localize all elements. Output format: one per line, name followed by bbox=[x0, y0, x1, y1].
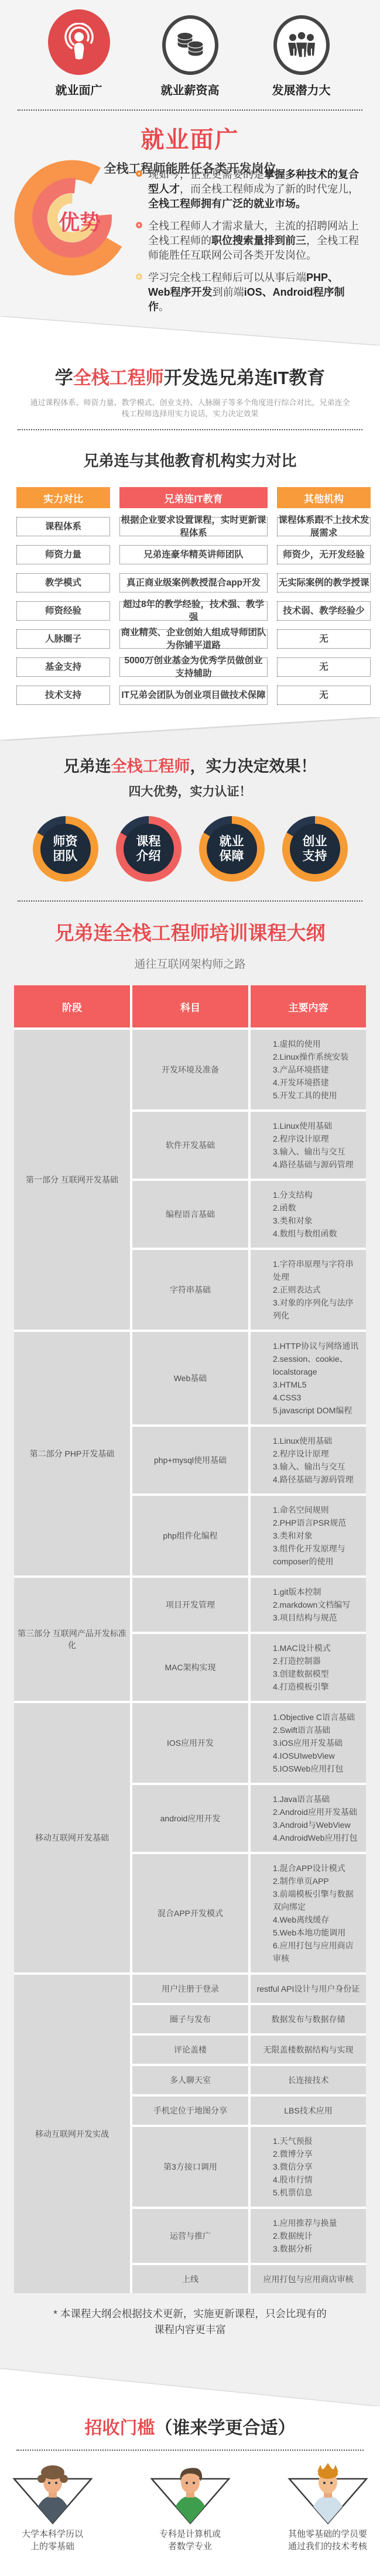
outline-content-item: 3.Android与WebView bbox=[273, 1818, 361, 1831]
outline-content-item: 3.输入、输出与交互 bbox=[273, 1460, 361, 1473]
outline-stage-block: 第二部分 PHP开发基础Web基础1.HTTP协议与网络通讯2.session、… bbox=[14, 1332, 366, 1575]
compare-cell: 课程体系跟不上技术发展需求 bbox=[277, 517, 371, 536]
outline-row: 软件开发基础1.Linux使用基础2.程序设计原理3.输入、输出与交互4.路径基… bbox=[132, 1112, 366, 1179]
advantage-bullet: 现如今，企业更需要的是掌握多种技术的复合型人才，而全栈工程师成为了新的时代宠儿，… bbox=[136, 167, 360, 211]
strength-circle: 就业保障 bbox=[199, 816, 265, 882]
bullet-ring-icon bbox=[136, 273, 142, 280]
outline-row: MAC架构实现1.MAC设计模式2.打造控制器3.创建数据模型4.打造模板引擎 bbox=[132, 1634, 366, 1701]
outline-content-item: 2.markdown文档编写 bbox=[273, 1598, 361, 1611]
compare-cell: 基金支持 bbox=[16, 657, 110, 677]
outline-row: 项目开发管理1.git版本控制2.markdown文档编写3.项目结构与规范 bbox=[132, 1578, 366, 1632]
outline-row: 混合APP开发模式1.混合APP设计模式2.制作单页APP3.前端模板引擎与数据… bbox=[132, 1854, 366, 1972]
outline-content-cell: 1.Linux使用基础2.程序设计原理3.输入、输出与交互4.路径基础与源码管理 bbox=[251, 1112, 366, 1179]
outline-content-item: 4.CSS3 bbox=[273, 1391, 361, 1404]
outline-content-cell: 长连接技术 bbox=[251, 2066, 366, 2094]
outline-row: IOS应用开发1.Objective C语言基础2.Swift语言基础3.iOS… bbox=[132, 1703, 366, 1783]
outline-stage-block: 第三部分 互联网产品开发标准化项目开发管理1.git版本控制2.markdown… bbox=[14, 1578, 366, 1701]
outline-content-item: 2.程序设计原理 bbox=[273, 1132, 361, 1145]
employment-title: 就业面广 bbox=[0, 121, 380, 155]
outline-row: 开发环境及准备1.虚拟的使用2.Linux操作系统安装3.产品环境搭建4.开发环… bbox=[132, 1030, 366, 1109]
advantage-bullet: 学习完全栈工程师后可以从事后端PHP、Web程序开发到前端iOS、Android… bbox=[136, 270, 360, 314]
outline-content-cell: 1.Objective C语言基础2.Swift语言基础3.iOS应用开发基础4… bbox=[251, 1703, 366, 1783]
outline-content-item: 3.数据分析 bbox=[273, 2242, 361, 2255]
outline-subject-cell: IOS应用开发 bbox=[132, 1703, 248, 1783]
strength-circle: 师资团队 bbox=[33, 816, 98, 882]
outline-subject-cell: 编程语言基础 bbox=[132, 1181, 248, 1248]
outline-content-cell: 1.Java语言基础2.Android应用开发基础3.Android与WebVi… bbox=[251, 1785, 366, 1852]
outline-subject-cell: 软件开发基础 bbox=[132, 1112, 248, 1179]
outline-content-item: 4.IOSUIwebView bbox=[273, 1749, 361, 1762]
outline-subject-cell: 多人聊天室 bbox=[132, 2066, 248, 2094]
outline-subject-cell: 圈子与发布 bbox=[132, 2005, 248, 2033]
outline-content-item: 2.正则表达式 bbox=[273, 1283, 361, 1296]
outline-content-item: 4.数组与数组函数 bbox=[273, 1227, 361, 1240]
outline-stage-cell: 第三部分 互联网产品开发标准化 bbox=[14, 1578, 130, 1701]
outline-stage-cell: 移动互联网开发基础 bbox=[14, 1703, 130, 1972]
outline-row: 多人聊天室长连接技术 bbox=[132, 2066, 366, 2094]
outline-content-item: 2.函数 bbox=[273, 1201, 361, 1214]
outline-content-cell: 1.命名空间规则2.PHP语言PSR规范3.类和对象3.组件化开发原理与comp… bbox=[251, 1496, 366, 1575]
outline-content-cell: 1.字符串原理与字符串处理2.正则表达式3.对象的序列化与法序列化 bbox=[251, 1250, 366, 1330]
outline-content-item: 6.应用打包与应用商店审核 bbox=[273, 1939, 361, 1965]
outline-content-item: 1.MAC设计模式 bbox=[273, 1642, 361, 1654]
outline-content-cell: LBS技术应用 bbox=[251, 2097, 366, 2125]
outline-row: 手机定位于地图分享LBS技术应用 bbox=[132, 2097, 366, 2125]
hero-tab-label: 就业面广 bbox=[35, 81, 123, 98]
strength-circle-label: 师资团队 bbox=[40, 824, 91, 874]
strengths-subtitle: 四大优势，实力认证！ bbox=[0, 782, 380, 800]
compare-cell: 真正商业级案例教授混合app开发 bbox=[119, 573, 268, 592]
outline-subject-cell: 上线 bbox=[132, 2265, 248, 2293]
outline-title: 兄弟连全栈工程师培训课程大纲 bbox=[0, 918, 380, 946]
bullet-ring-icon bbox=[136, 222, 142, 228]
advantage-badge: 优势 bbox=[59, 206, 101, 236]
avatar-green-shirt bbox=[149, 2462, 231, 2526]
outline-content-item: 3.微信分享 bbox=[273, 2160, 361, 2173]
candidate-label: 大学本科学历以 上的零基础 bbox=[0, 2528, 105, 2553]
label-line: 师资 bbox=[53, 834, 78, 849]
hero-tab-row: 就业面广 就业薪资高 bbox=[0, 0, 380, 98]
outline-body: 第一部分 互联网开发基础开发环境及准备1.虚拟的使用2.Linux操作系统安装3… bbox=[14, 1030, 366, 2293]
outline-subject-cell: php组件化编程 bbox=[132, 1496, 248, 1575]
title-part: （谁来学更合适） bbox=[155, 2419, 296, 2438]
outline-content-cell: 1.Linux使用基础2.程序设计原理3.输入、输出与交互4.路径基础与源码管理 bbox=[251, 1427, 366, 1493]
outline-stage-block: 移动互联网开发实战用户注册于登录restful API设计与用户身份证圈子与发布… bbox=[14, 1975, 366, 2293]
outline-content-item: 1.Linux使用基础 bbox=[273, 1119, 361, 1132]
section-strengths-outline: 兄弟连全栈工程师，实力决定效果！ 四大优势，实力认证！ 师资团队课程介绍就业保障… bbox=[0, 741, 380, 2368]
hero-tab-potential[interactable]: 发展潜力大 bbox=[258, 15, 345, 98]
outline-content-item: 3.类和对象 bbox=[273, 1529, 361, 1542]
outline-stage-rows: Web基础1.HTTP协议与网络通讯2.session、cookie、local… bbox=[132, 1332, 366, 1575]
outline-content-cell: 1.MAC设计模式2.打造控制器3.创建数据模型4.打造模板引擎 bbox=[251, 1634, 366, 1701]
outline-content-cell: 1.天气预报2.微博分享3.微信分享4.股市行情5.机票信息 bbox=[251, 2127, 366, 2207]
outline-content-item: 1.命名空间规则 bbox=[273, 1503, 361, 1516]
compare-section-subtitle: 通过课程体系、师资力量、教学模式、创业支持、人脉圈子等多个角度进行综合对比，兄弟… bbox=[28, 397, 353, 419]
outline-content-cell: 1.应用推荐与换量2.数据统计3.数据分析 bbox=[251, 2209, 366, 2263]
outline-note: * 本课程大纲会根据技术更新，实施更新课程，只会比现有的课程内容更丰富 bbox=[50, 2306, 331, 2338]
compare-cell: IT兄弟会团队为创业项目做技术保障 bbox=[119, 686, 268, 705]
hero-tab-employment[interactable]: 就业面广 bbox=[35, 9, 123, 98]
outline-content-item: 3.产品环境搭建 bbox=[273, 1063, 361, 1076]
avatar-spiky-hair bbox=[287, 2462, 369, 2526]
outline-content-item: 4.开发环境搭建 bbox=[273, 1076, 361, 1089]
diagonal-transition bbox=[0, 2368, 380, 2406]
outline-header-row: 阶段 科目 主要内容 bbox=[14, 985, 366, 1027]
compare-cell: 兄弟连豪华精英讲师团队 bbox=[119, 545, 268, 564]
compare-cell: 师资少，无开发经验 bbox=[277, 545, 371, 564]
outline-content-item: 1.Java语言基础 bbox=[273, 1793, 361, 1806]
outline-content-cell: 数据发布与数据存储 bbox=[251, 2005, 366, 2033]
outline-content-item: 5.机票信息 bbox=[273, 2186, 361, 2199]
candidate-zero-base: 其他零基础的学员要 通过我们的技术考核 bbox=[275, 2462, 380, 2553]
outline-content-item: 4.路径基础与源码管理 bbox=[273, 1473, 361, 1486]
strengths-title: 兄弟连全栈工程师，实力决定效果！ bbox=[0, 741, 380, 776]
hero-tab-label: 发展潜力大 bbox=[258, 81, 345, 98]
compare-table: 实力对比兄弟连IT教育其他机构课程体系根据企业要求设置课程，实时更新课程体系课程… bbox=[16, 487, 371, 705]
outline-content-item: 4.路径基础与源码管理 bbox=[273, 1158, 361, 1171]
compare-cell: 技术弱、教学经验少 bbox=[277, 601, 371, 621]
outline-content-cell: 1.git版本控制2.markdown文档编写3.项目结构与规范 bbox=[251, 1578, 366, 1632]
compare-cell: 无 bbox=[277, 686, 371, 705]
compare-cell: 无 bbox=[277, 657, 371, 677]
outline-content-item: 2.session、cookie、localstorage bbox=[273, 1352, 361, 1378]
label-line: 创业 bbox=[303, 834, 327, 849]
outline-stage-block: 第一部分 互联网开发基础开发环境及准备1.虚拟的使用2.Linux操作系统安装3… bbox=[14, 1030, 366, 1330]
title-part: 兄弟连 bbox=[64, 758, 111, 775]
outline-content-item: 4.股市行情 bbox=[273, 2173, 361, 2186]
outline-stage-block: 移动互联网开发基础IOS应用开发1.Objective C语言基础2.Swift… bbox=[14, 1703, 366, 1972]
outline-content-item: 5.IOSWeb应用打包 bbox=[273, 1762, 361, 1775]
hero-tab-salary[interactable]: 就业薪资高 bbox=[146, 15, 234, 98]
outline-content-item: 2.Swift语言基础 bbox=[273, 1724, 361, 1736]
outline-content-item: 2.数据统计 bbox=[273, 2229, 361, 2242]
outline-content-item: 1.虚拟的使用 bbox=[273, 1037, 361, 1050]
hero-tab-label: 就业薪资高 bbox=[146, 81, 234, 98]
outline-header-stage: 阶段 bbox=[14, 985, 130, 1027]
strength-circle: 创业支持 bbox=[282, 816, 348, 882]
strength-circle: 课程介绍 bbox=[116, 816, 182, 882]
outline-content-item: 3.创建数据模型 bbox=[273, 1667, 361, 1680]
section-admission: 招收门槛（谁来学更合适） 大学本科学历以 上的零基础 bbox=[0, 2406, 380, 2576]
outline-content-item: 1.git版本控制 bbox=[273, 1585, 361, 1598]
outline-content-item: 3.HTML5 bbox=[273, 1378, 361, 1391]
outline-content-cell: 1.虚拟的使用2.Linux操作系统安装3.产品环境搭建4.开发环境搭建5.开发… bbox=[251, 1030, 366, 1109]
bullet-text: 学习完全栈工程师后可以从事后端PHP、Web程序开发到前端iOS、Android… bbox=[148, 270, 360, 314]
outline-subject-cell: 项目开发管理 bbox=[132, 1578, 248, 1632]
bullet-text: 现如今，企业更需要的是掌握多种技术的复合型人才，而全栈工程师成为了新的时代宠儿，… bbox=[148, 167, 360, 211]
divider bbox=[16, 2450, 364, 2451]
outline-content-item: 1.Objective C语言基础 bbox=[273, 1711, 361, 1724]
broadcast-icon bbox=[48, 9, 110, 75]
outline-row: android应用开发1.Java语言基础2.Android应用开发基础3.An… bbox=[132, 1785, 366, 1852]
title-part-red: 全栈工程师 bbox=[73, 368, 164, 388]
outline-subtitle: 通往互联网架构师之路 bbox=[0, 955, 380, 971]
admission-title: 招收门槛（谁来学更合适） bbox=[0, 2406, 380, 2439]
outline-content-item: 1.混合APP设计模式 bbox=[273, 1862, 361, 1875]
candidate-label: 专科是计算机或 者数学专业 bbox=[138, 2528, 242, 2553]
candidate-row: 大学本科学历以 上的零基础 专科是计算机或 者数学专业 bbox=[0, 2462, 380, 2553]
compare-cell: 教学模式 bbox=[16, 573, 110, 592]
outline-content-item: 3.类和对象 bbox=[273, 1214, 361, 1227]
outline-content-item: 1.应用推荐与换量 bbox=[273, 2217, 361, 2229]
outline-content-item: 5.Web本地功能调用 bbox=[273, 1926, 361, 1939]
divider bbox=[18, 900, 362, 902]
outline-stage-rows: 项目开发管理1.git版本控制2.markdown文档编写3.项目结构与规范MA… bbox=[132, 1578, 366, 1701]
outline-subject-cell: 混合APP开发模式 bbox=[132, 1854, 248, 1972]
outline-header-subject: 科目 bbox=[132, 985, 248, 1027]
label-line: 支持 bbox=[303, 849, 327, 864]
compare-cell: 课程体系 bbox=[16, 517, 110, 536]
outline-content-item: 2.制作单页APP bbox=[273, 1875, 361, 1888]
outline-content-item: 2.打造控制器 bbox=[273, 1654, 361, 1667]
outline-content-item: 4.Web离线缓存 bbox=[273, 1913, 361, 1926]
bullet-text: 全栈工程师人才需求量大，主流的招聘网站上全栈工程师的职位搜索量排到前三，全栈工程… bbox=[148, 219, 360, 263]
outline-content-item: 5.开发工具的使用 bbox=[273, 1089, 361, 1102]
outline-subject-cell: android应用开发 bbox=[132, 1785, 248, 1852]
outline-subject-cell: 用户注册于登录 bbox=[132, 1975, 248, 2003]
outline-content-item: 1.Linux使用基础 bbox=[273, 1434, 361, 1447]
strength-circle-label: 创业支持 bbox=[290, 824, 340, 874]
section-compare: 学全栈工程师开发选兄弟连IT教育 通过课程体系、师资力量、教学模式、创业支持、人… bbox=[0, 345, 380, 717]
compare-cell: 师资经验 bbox=[16, 601, 110, 621]
outline-content-cell: restful API设计与用户身份证 bbox=[251, 1975, 366, 2003]
candidate-label: 其他零基础的学员要 通过我们的技术考核 bbox=[275, 2528, 380, 2553]
outline-content-cell: 1.分支结构2.函数3.类和对象4.数组与数组函数 bbox=[251, 1181, 366, 1248]
outline-content-cell: 1.HTTP协议与网络通讯2.session、cookie、localstora… bbox=[251, 1332, 366, 1424]
outline-subject-cell: 运营与推广 bbox=[132, 2209, 248, 2263]
outline-row: php+mysql使用基础1.Linux使用基础2.程序设计原理3.输入、输出与… bbox=[132, 1427, 366, 1493]
outline-subject-cell: Web基础 bbox=[132, 1332, 248, 1424]
outline-row: 上线应用打包与应用商店审核 bbox=[132, 2265, 366, 2293]
advantage-bullets: 现如今，企业更需要的是掌握多种技术的复合型人才，而全栈工程师成为了新的时代宠儿，… bbox=[136, 167, 360, 316]
outline-stage-rows: IOS应用开发1.Objective C语言基础2.Swift语言基础3.iOS… bbox=[132, 1703, 366, 1972]
compare-cell: 无 bbox=[277, 629, 371, 649]
compare-cell: 无实际案例的教学授课 bbox=[277, 573, 371, 592]
people-icon bbox=[273, 15, 330, 75]
outline-content-item: 2.微博分享 bbox=[273, 2147, 361, 2160]
outline-content-item: 3.对象的序列化与法序列化 bbox=[273, 1296, 361, 1322]
outline-row: 用户注册于登录restful API设计与用户身份证 bbox=[132, 1975, 366, 2003]
outline-stage-cell: 移动互联网开发实战 bbox=[14, 1975, 130, 2293]
outline-content-cell: 无限盖楼数据结构与实现 bbox=[251, 2036, 366, 2064]
outline-row: 评论盖楼无限盖楼数据结构与实现 bbox=[132, 2036, 366, 2064]
outline-subject-cell: 第3方接口调用 bbox=[132, 2127, 248, 2207]
outline-row: php组件化编程1.命名空间规则2.PHP语言PSR规范3.类和对象3.组件化开… bbox=[132, 1496, 366, 1575]
title-part-red: 招收门槛 bbox=[85, 2419, 155, 2438]
outline-content-item: 4.AndroidWeb应用打包 bbox=[273, 1831, 361, 1844]
title-part: ，实力决定效果！ bbox=[190, 758, 317, 775]
outline-subject-cell: 开发环境及准备 bbox=[132, 1030, 248, 1109]
label-line: 课程 bbox=[136, 834, 161, 849]
compare-cell: 商业精英、企业创始人组成导师团队为你铺平道路 bbox=[119, 629, 268, 649]
section-employment: 就业面广 就业薪资高 bbox=[0, 0, 380, 316]
outline-row: Web基础1.HTTP协议与网络通讯2.session、cookie、local… bbox=[132, 1332, 366, 1424]
course-outline-table: 阶段 科目 主要内容 第一部分 互联网开发基础开发环境及准备1.虚拟的使用2.L… bbox=[14, 985, 366, 2293]
outline-content-item: 3.项目结构与规范 bbox=[273, 1611, 361, 1624]
outline-subject-cell: 手机定位于地图分享 bbox=[132, 2097, 248, 2125]
compare-table-title: 兄弟连与其他教育机构实力对比 bbox=[0, 449, 380, 471]
strength-circles: 师资团队课程介绍就业保障创业支持 bbox=[0, 816, 380, 882]
strength-circle-label: 课程介绍 bbox=[124, 824, 174, 874]
compare-header-cell: 兄弟连IT教育 bbox=[119, 487, 268, 508]
outline-row: 第3方接口调用1.天气预报2.微博分享3.微信分享4.股市行情5.机票信息 bbox=[132, 2127, 366, 2207]
candidate-bachelor: 大学本科学历以 上的零基础 bbox=[0, 2462, 105, 2553]
compare-cell: 技术支持 bbox=[16, 686, 110, 705]
compare-cell: 师资力量 bbox=[16, 545, 110, 564]
outline-content-item: 1.分支结构 bbox=[273, 1188, 361, 1201]
outline-content-cell: 应用打包与应用商店审核 bbox=[251, 2265, 366, 2293]
outline-subject-cell: php+mysql使用基础 bbox=[132, 1427, 248, 1493]
compare-header-cell: 实力对比 bbox=[16, 487, 110, 508]
advantage-bullet: 全栈工程师人才需求量大，主流的招聘网站上全栈工程师的职位搜索量排到前三，全栈工程… bbox=[136, 219, 360, 263]
outline-stage-rows: 用户注册于登录restful API设计与用户身份证圈子与发布数据发布与数据存储… bbox=[132, 1975, 366, 2293]
coins-icon bbox=[162, 15, 218, 75]
outline-content-item: 5.javascript DOM编程 bbox=[273, 1404, 361, 1417]
outline-stage-rows: 开发环境及准备1.虚拟的使用2.Linux操作系统安装3.产品环境搭建4.开发环… bbox=[132, 1030, 366, 1330]
divider bbox=[18, 429, 362, 430]
outline-content-item: 3.输入、输出与交互 bbox=[273, 1145, 361, 1158]
outline-row: 字符串基础1.字符串原理与字符串处理2.正则表达式3.对象的序列化与法序列化 bbox=[132, 1250, 366, 1330]
outline-content-item: 3.前端模板引擎与数据双向绑定 bbox=[273, 1888, 361, 1913]
outline-content-item: 2.Linux操作系统安装 bbox=[273, 1050, 361, 1063]
label-line: 就业 bbox=[220, 834, 244, 849]
outline-content-cell: 1.混合APP设计模式2.制作单页APP3.前端模板引擎与数据双向绑定4.Web… bbox=[251, 1854, 366, 1972]
title-part-red: 全栈工程师 bbox=[111, 758, 190, 775]
outline-row: 编程语言基础1.分支结构2.函数3.类和对象4.数组与数组函数 bbox=[132, 1181, 366, 1248]
title-part: 开发选兄弟连IT教育 bbox=[164, 368, 326, 388]
diagonal-transition bbox=[0, 717, 380, 741]
avatar-curly-hair bbox=[12, 2462, 94, 2526]
outline-subject-cell: 评论盖楼 bbox=[132, 2036, 248, 2064]
compare-header-cell: 其他机构 bbox=[277, 487, 371, 508]
compare-cell: 人脉圈子 bbox=[16, 629, 110, 649]
compare-cell: 根据企业要求设置课程，实时更新课程体系 bbox=[119, 517, 268, 536]
outline-content-item: 2.Android应用开发基础 bbox=[273, 1806, 361, 1818]
bullet-ring-icon bbox=[136, 170, 142, 177]
outline-content-item: 1.HTTP协议与网络通讯 bbox=[273, 1340, 361, 1352]
outline-row: 圈子与发布数据发布与数据存储 bbox=[132, 2005, 366, 2033]
outline-header-content: 主要内容 bbox=[251, 985, 366, 1027]
label-line: 团队 bbox=[53, 849, 78, 864]
outline-stage-cell: 第二部分 PHP开发基础 bbox=[14, 1332, 130, 1575]
diagonal-transition bbox=[0, 316, 380, 345]
compare-cell: 5000万创业基金为优秀学员做创业支持辅助 bbox=[119, 657, 268, 677]
page: 就业面广 就业薪资高 bbox=[0, 0, 380, 2576]
outline-subject-cell: 字符串基础 bbox=[132, 1250, 248, 1330]
outline-content-item: 2.程序设计原理 bbox=[273, 1447, 361, 1460]
outline-content-item: 3.iOS应用开发基础 bbox=[273, 1736, 361, 1749]
outline-content-item: 2.PHP语言PSR规范 bbox=[273, 1516, 361, 1529]
title-part: 学 bbox=[55, 368, 73, 388]
outline-content-item: 1.天气预报 bbox=[273, 2135, 361, 2147]
compare-cell: 超过8年的教学经验，技术强、教学强 bbox=[119, 601, 268, 621]
outline-content-item: 3.组件化开发原理与composer的使用 bbox=[273, 1542, 361, 1568]
divider bbox=[18, 109, 362, 111]
outline-row: 运营与推广1.应用推荐与换量2.数据统计3.数据分析 bbox=[132, 2209, 366, 2263]
outline-content-item: 1.字符串原理与字符串处理 bbox=[273, 1258, 361, 1283]
compare-section-title: 学全栈工程师开发选兄弟连IT教育 bbox=[0, 345, 380, 389]
outline-content-item: 4.打造模板引擎 bbox=[273, 1680, 361, 1693]
label-line: 介绍 bbox=[136, 849, 161, 864]
outline-stage-cell: 第一部分 互联网开发基础 bbox=[14, 1030, 130, 1330]
candidate-college: 专科是计算机或 者数学专业 bbox=[138, 2462, 242, 2553]
outline-subject-cell: MAC架构实现 bbox=[132, 1634, 248, 1701]
label-line: 保障 bbox=[220, 849, 244, 864]
strength-circle-label: 就业保障 bbox=[207, 824, 257, 874]
